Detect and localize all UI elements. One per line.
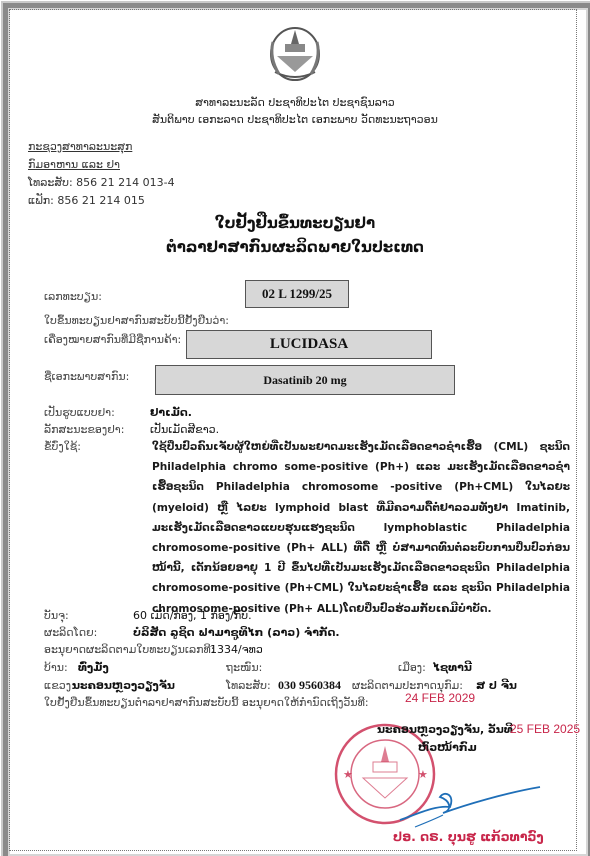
- village-label: ບ້ານ:: [44, 661, 68, 674]
- country-name: ສາທາລະນະລັດ ປະຊາທິປະໄຕ ປະຊາຊົນລາວ: [0, 96, 590, 109]
- brand-name: LUCIDASA: [186, 330, 432, 359]
- signer-name: ປອ. ດຣ. ບຸນຮູ ແກ້ວທາວົງ: [393, 829, 544, 844]
- indication-text: ໃຊ້ປິ່ນປົວຄົນເຈັບຜູ້ໃຫຍ່ທີ່ເປັນພະຍາດມະເຮ…: [152, 437, 570, 619]
- lao-national-emblem-icon: [255, 22, 335, 82]
- manufacturer-label: ຜະລິດໂດຍ:: [44, 626, 97, 639]
- brand-name-label: ເຄື່ອງໝາຍສາກົນທີ່ມີຊື່ການຄ້າ:: [44, 333, 181, 346]
- issue-place: ນະຄອນຫຼວງວຽງຈັນ, ວັນທີ: [377, 723, 513, 736]
- decree-country: ສ ປ ຈີນ: [476, 679, 517, 692]
- license-number: 1334/ຈທວ: [210, 643, 263, 656]
- signer-position: ຫົວໜ້າກົມ: [418, 741, 477, 754]
- appearance-label: ລັກສະນະຂອງຢາ:: [44, 423, 124, 436]
- tel: 030 9560384: [278, 678, 341, 693]
- manufacturer: ບໍລິສັດ ລູຊິດ ຟາມາຊູທິໄກ (ລາວ) ຈຳກັດ.: [133, 626, 340, 639]
- license-label: ອະນຸຍາດຜະລິດຕາມໃບທະບຽນເລກທີ:: [44, 643, 214, 656]
- ministry-name: ກະຊວງສາທາລະນະສຸກ: [28, 140, 132, 153]
- validity-date-stamp: 24 FEB 2029: [405, 691, 475, 705]
- village: ທົ່ງມັ່ງ: [78, 661, 109, 674]
- generic-name-label: ຊື່ເອກະພາບສາກົນ:: [44, 370, 129, 383]
- document-title: ໃບຢັ້ງຢືນຂຶ້ນທະບຽນຢາ: [0, 214, 590, 232]
- tel-label: ໂທລະສັບ:: [226, 679, 271, 692]
- document-subtitle: ຕຳລາຢາສາກົນຜະລິດພາຍໃນປະເທດ: [0, 238, 590, 256]
- validity-label: ໃບຢັ້ງຢືນຂຶ້ນທະບຽນຕຳລາຢາສາກົນສະບັບນີ້ ອະ…: [44, 696, 369, 709]
- issue-date-stamp: 25 FEB 2025: [510, 722, 580, 736]
- indication-label: ຂໍ້ບົ່ງໃຊ້:: [44, 440, 81, 453]
- package-label: ບັນຈຸ:: [44, 609, 69, 622]
- department-name: ກົມອາຫານ ແລະ ຢາ: [28, 158, 120, 171]
- district-label: ເມືອງ:: [398, 661, 426, 674]
- country-motto: ສັນຕິພາບ ເອກະລາດ ປະຊາທິປະໄຕ ເອກະພາບ ວັດທ…: [0, 113, 590, 126]
- svg-text:★: ★: [343, 768, 353, 781]
- street-label: ຖະໜົນ:: [226, 661, 262, 674]
- province: ນະຄອນຫຼວງວຽງຈັນ: [72, 679, 175, 692]
- signature-icon: [395, 775, 585, 830]
- registration-number-label: ເລກທະບຽນ:: [44, 290, 102, 303]
- certify-text: ໃບຂຶ້ນທະບຽນຢາສາກົນສະບັບນີ້ຢັ້ງຢືນວ່າ:: [44, 314, 229, 327]
- registration-number: 02 L 1299/25: [245, 280, 349, 308]
- package: 60 ເມັດ/ກ່ອງ, 1 ກ່ອງ/ກັບ.: [133, 609, 252, 622]
- dosage-form-label: ເປັນຮູບແບບຢາ:: [44, 406, 115, 419]
- issuer-phone: ໂທລະສັບ: 856 21 214 013-4: [28, 176, 175, 189]
- district: ໄຊທານີ: [433, 661, 472, 674]
- generic-name: Dasatinib 20 mg: [155, 365, 455, 395]
- issuer-fax: ແຟັກ: 856 21 214 015: [28, 194, 145, 207]
- province-label: ແຂວງ:: [44, 679, 75, 692]
- dosage-form: ຢາເມັດ.: [150, 406, 192, 419]
- appearance: ເປັນເມັດສີຂາວ.: [150, 423, 219, 436]
